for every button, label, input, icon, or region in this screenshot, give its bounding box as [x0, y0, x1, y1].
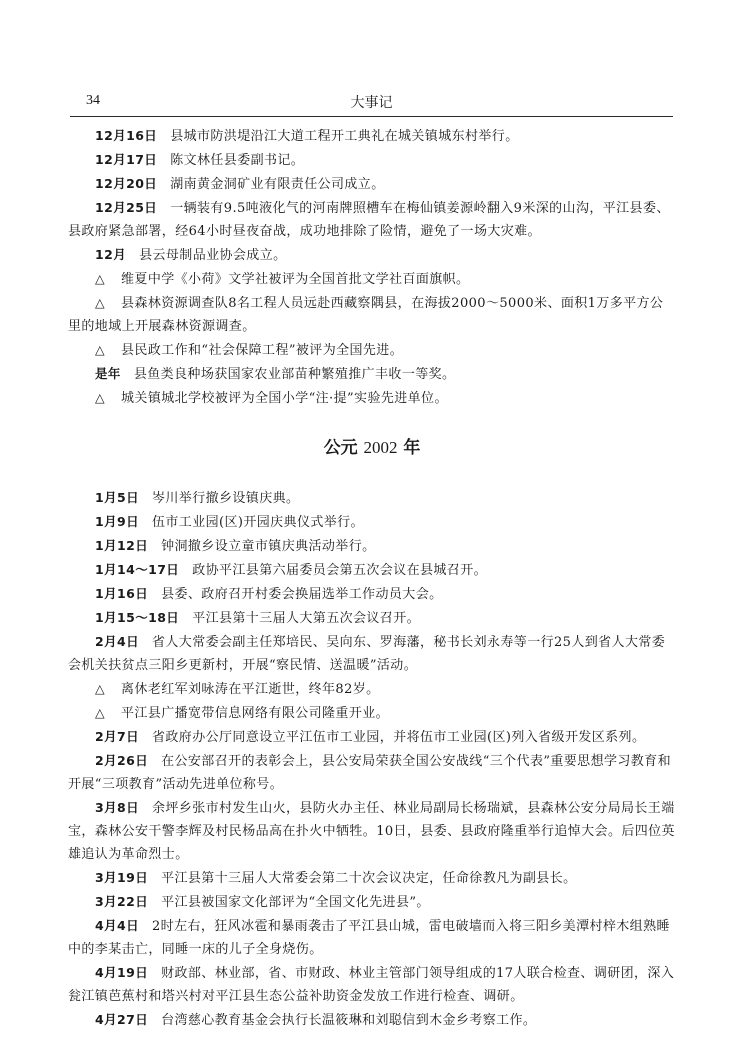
running-title: 大事记	[70, 92, 673, 112]
triangle-bullet-icon: △	[95, 271, 105, 286]
chronicle-entry: △城关镇城北学校被评为全国小学“注·提”实验先进单位。	[68, 386, 676, 410]
chronicle-entry: 1月12日钟洞撤乡设立童市镇庆典活动举行。	[68, 534, 676, 558]
chronicle-entry: △县森林资源调查队8名工程人员远赴西藏察隅县，在海拔2000～5000米、面积1…	[68, 291, 676, 338]
chronicle-entry: 3月8日余坪乡张市村发生山火，县防火办主任、林业局副局长杨瑞斌，县森林公安分局局…	[68, 796, 676, 866]
entry-text: 湖南黄金洞矿业有限责任公司成立。	[170, 177, 384, 192]
entry-date: 12月20日	[95, 176, 157, 191]
year-heading: 公元 2002 年	[68, 436, 676, 460]
chronicle-entry: 12月20日湖南黄金洞矿业有限责任公司成立。	[68, 172, 676, 196]
entry-date: 12月25日	[95, 200, 157, 215]
entry-text: 县鱼类良种场获国家农业部苗种繁殖推广丰收一等奖。	[134, 367, 456, 382]
chronicle-entry: 1月16日县委、政府召开村委会换届选举工作动员大会。	[68, 582, 676, 606]
triangle-bullet-icon: △	[95, 342, 105, 357]
entry-date: 12月16日	[95, 128, 157, 143]
entries-2002: 1月5日岑川举行撤乡设镇庆典。1月9日伍市工业园(区)开园庆典仪式举行。1月12…	[68, 486, 676, 1032]
entry-date: 3月8日	[95, 800, 139, 815]
chronicle-entry: 4月4日2时左右，狂风冰雹和暴雨袭击了平江县山城，雷电破墙而入将三阳乡美潭村梓木…	[68, 914, 676, 961]
entry-date: 1月15～18日	[95, 610, 179, 625]
year-heading-year: 2002	[364, 438, 398, 457]
chronicle-entry: 2月4日省人大常委会副主任郑培民、吴向东、罗海藩，秘书长刘永寿等一行25人到省人…	[68, 630, 676, 677]
chronicle-entry: △离休老红军刘咏涛在平江逝世，终年82岁。	[68, 677, 676, 701]
entry-date: 1月9日	[95, 514, 139, 529]
entry-date: 2月7日	[95, 729, 139, 744]
triangle-bullet-icon: △	[95, 681, 105, 696]
entry-text: 县云母制品业协会成立。	[139, 248, 286, 263]
triangle-bullet-icon: △	[95, 390, 105, 405]
chronicle-entry: 1月5日岑川举行撤乡设镇庆典。	[68, 486, 676, 510]
entry-date: 2月26日	[95, 753, 148, 768]
entry-date: 1月5日	[95, 490, 139, 505]
entry-date: 4月27日	[95, 1012, 148, 1027]
year-heading-suffix: 年	[403, 438, 420, 458]
chronicle-entry: 是年县鱼类良种场获国家农业部苗种繁殖推广丰收一等奖。	[68, 362, 676, 386]
entry-text: 伍市工业园(区)开园庆典仪式举行。	[152, 515, 364, 530]
entry-text: 在公安部召开的表彰会上，县公安局荣获全国公安战线“三个代表”重要思想学习教育和开…	[68, 754, 671, 792]
document-page: 34 大事记 12月16日县城市防洪堤沿江大道工程开工典礼在城关镇城东村举行。1…	[0, 0, 750, 1062]
chronicle-entry: 12月16日县城市防洪堤沿江大道工程开工典礼在城关镇城东村举行。	[68, 124, 676, 148]
entry-text: 省人大常委会副主任郑培民、吴向东、罗海藩，秘书长刘永寿等一行25人到省人大常委会…	[68, 635, 665, 673]
entry-text: 平江县广播宽带信息网络有限公司隆重开业。	[121, 706, 389, 721]
entries-2001: 12月16日县城市防洪堤沿江大道工程开工典礼在城关镇城东村举行。12月17日陈文…	[68, 124, 676, 410]
entry-text: 陈文林任县委副书记。	[170, 153, 304, 168]
entry-text: 2时左右，狂风冰雹和暴雨袭击了平江县山城，雷电破墙而入将三阳乡美潭村梓木组熟睡中…	[68, 919, 670, 957]
entry-date: 1月12日	[95, 538, 148, 553]
entry-date: 12月	[95, 247, 126, 262]
entry-text: 一辆装有9.5吨液化气的河南牌照槽车在梅仙镇姜源岭翻入9米深的山沟，平江县委、县…	[68, 201, 670, 239]
triangle-bullet-icon: △	[95, 705, 105, 720]
chronicle-entry: 4月27日台湾慈心教育基金会执行长温筱琳和刘聪信到木金乡考察工作。	[68, 1008, 676, 1032]
entry-text: 县民政工作和“社会保障工程”被评为全国先进。	[121, 343, 403, 358]
entry-text: 城关镇城北学校被评为全国小学“注·提”实验先进单位。	[121, 391, 448, 406]
year-heading-prefix: 公元	[324, 438, 358, 458]
entry-date: 2月4日	[95, 634, 139, 649]
entry-text: 县森林资源调查队8名工程人员远赴西藏察隅县，在海拔2000～5000米、面积1万…	[68, 296, 663, 334]
chronicle-entry: 3月22日平江县被国家文化部评为“全国文化先进县”。	[68, 890, 676, 914]
chronicle-entry: 1月9日伍市工业园(区)开园庆典仪式举行。	[68, 510, 676, 534]
entry-text: 政协平江县第六届委员会第五次会议在县城召开。	[192, 563, 487, 578]
chronicle-entry: 4月19日财政部、林业部，省、市财政、林业主管部门领导组成的17人联合检查、调研…	[68, 961, 676, 1008]
entry-text: 离休老红军刘咏涛在平江逝世，终年82岁。	[121, 682, 380, 697]
entry-text: 平江县被国家文化部评为“全国文化先进县”。	[161, 895, 430, 910]
page-header: 34 大事记	[70, 90, 673, 117]
entry-date: 是年	[95, 366, 121, 381]
entry-text: 财政部、林业部，省、市财政、林业主管部门领导组成的17人联合检查、调研团，深入瓮…	[68, 966, 674, 1004]
entry-text: 钟洞撤乡设立童市镇庆典活动举行。	[161, 539, 375, 554]
chronicle-entry: 1月15～18日平江县第十三届人大第五次会议召开。	[68, 606, 676, 630]
chronicle-entry: △维夏中学《小荷》文学社被评为全国首批文学社百面旗帜。	[68, 267, 676, 291]
entry-text: 维夏中学《小荷》文学社被评为全国首批文学社百面旗帜。	[121, 272, 469, 287]
entry-text: 县委、政府召开村委会换届选举工作动员大会。	[161, 587, 442, 602]
chronicle-entry: 3月19日平江县第十三届人大常委会第二十次会议决定，任命徐教凡为副县长。	[68, 866, 676, 890]
triangle-bullet-icon: △	[95, 295, 105, 310]
chronicle-entry: 2月26日在公安部召开的表彰会上，县公安局荣获全国公安战线“三个代表”重要思想学…	[68, 749, 676, 796]
entry-text: 平江县第十三届人大第五次会议召开。	[192, 611, 420, 626]
entry-text: 岑川举行撤乡设镇庆典。	[152, 491, 299, 506]
chronicle-entry: △平江县广播宽带信息网络有限公司隆重开业。	[68, 701, 676, 725]
entry-date: 1月14～17日	[95, 562, 179, 577]
entry-text: 台湾慈心教育基金会执行长温筱琳和刘聪信到木金乡考察工作。	[161, 1013, 536, 1028]
entry-date: 4月19日	[95, 965, 148, 980]
chronicle-entry: 12月17日陈文林任县委副书记。	[68, 148, 676, 172]
entry-date: 12月17日	[95, 152, 157, 167]
chronicle-entry: 12月25日一辆装有9.5吨液化气的河南牌照槽车在梅仙镇姜源岭翻入9米深的山沟，…	[68, 196, 676, 243]
entry-text: 余坪乡张市村发生山火，县防火办主任、林业局副局长杨瑞斌，县森林公安分局局长王端宝…	[68, 801, 675, 862]
entry-date: 3月19日	[95, 870, 148, 885]
entry-date: 4月4日	[95, 918, 139, 933]
entry-text: 县城市防洪堤沿江大道工程开工典礼在城关镇城东村举行。	[170, 129, 518, 144]
entry-date: 3月22日	[95, 894, 148, 909]
entry-text: 省政府办公厅同意设立平江伍市工业园，并将伍市工业园(区)列入省级开发区系列。	[152, 730, 645, 745]
chronicle-entry: 1月14～17日政协平江县第六届委员会第五次会议在县城召开。	[68, 558, 676, 582]
entry-text: 平江县第十三届人大常委会第二十次会议决定，任命徐教凡为副县长。	[161, 871, 576, 886]
chronicle-entry: 12月县云母制品业协会成立。	[68, 243, 676, 267]
chronicle-entry: 2月7日省政府办公厅同意设立平江伍市工业园，并将伍市工业园(区)列入省级开发区系…	[68, 725, 676, 749]
page-body: 12月16日县城市防洪堤沿江大道工程开工典礼在城关镇城东村举行。12月17日陈文…	[68, 124, 676, 1032]
entry-date: 1月16日	[95, 586, 148, 601]
chronicle-entry: △县民政工作和“社会保障工程”被评为全国先进。	[68, 338, 676, 362]
